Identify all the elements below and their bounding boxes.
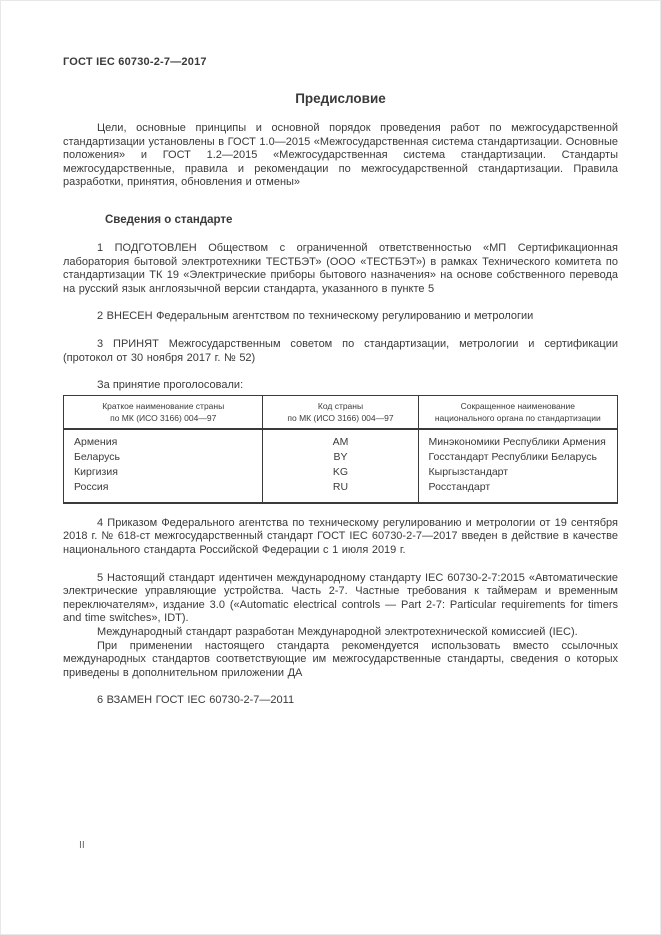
- intro-paragraph: Цели, основные принципы и основной поряд…: [63, 122, 618, 190]
- table-cell-code: BY: [263, 450, 418, 465]
- table-header-country: Краткое наименование страны по МК (ИСО 3…: [64, 396, 263, 429]
- table-cell-body: Госстандарт Республики Беларусь: [418, 450, 617, 465]
- header-line: по МК (ИСО 3166) 004—97: [70, 412, 256, 424]
- table-header-code: Код страны по МК (ИСО 3166) 004—97: [263, 396, 418, 429]
- header-line: Код страны: [269, 400, 411, 412]
- table-cell-country: Киргизия: [64, 465, 263, 480]
- page-number: II: [79, 839, 85, 851]
- item-2-submitted: 2 ВНЕСЕН Федеральным агентством по техни…: [63, 310, 618, 324]
- item-5-iec-note: Международный стандарт разработан Междун…: [63, 626, 618, 640]
- table-cell-country: Россия: [64, 480, 263, 503]
- table-header-body: Сокращенное наименование национального о…: [418, 396, 617, 429]
- table-row: Армения AM Минэкономики Республики Армен…: [64, 429, 618, 450]
- item-5-application-note: При применении настоящего стандарта реко…: [63, 640, 618, 681]
- doc-code: ГОСТ IEC 60730-2-7—2017: [63, 56, 618, 68]
- page-title: Предисловие: [63, 91, 618, 106]
- table-cell-body: Минэкономики Республики Армения: [418, 429, 617, 450]
- table-cell-body: Росстандарт: [418, 480, 617, 503]
- item-1-prepared: 1 ПОДГОТОВЛЕН Обществом с ограниченной о…: [63, 242, 618, 296]
- table-cell-code: KG: [263, 465, 418, 480]
- header-line: Краткое наименование страны: [70, 400, 256, 412]
- item-3-adopted: 3 ПРИНЯТ Межгосударственным советом по с…: [63, 338, 618, 365]
- document-page: ГОСТ IEC 60730-2-7—2017 Предисловие Цели…: [0, 0, 661, 935]
- page-content: ГОСТ IEC 60730-2-7—2017 Предисловие Цели…: [63, 56, 618, 722]
- table-cell-code: AM: [263, 429, 418, 450]
- section-heading: Сведения о стандарте: [63, 214, 618, 226]
- header-line: Сокращенное наименование: [425, 400, 611, 412]
- item-5-identical: 5 Настоящий стандарт идентичен междунаро…: [63, 572, 618, 626]
- item-4-order: 4 Приказом Федерального агентства по тех…: [63, 517, 618, 558]
- table-cell-country: Беларусь: [64, 450, 263, 465]
- item-6-replaces: 6 ВЗАМЕН ГОСТ IEC 60730-2-7—2011: [63, 694, 618, 708]
- table-row: Беларусь BY Госстандарт Республики Белар…: [64, 450, 618, 465]
- header-line: по МК (ИСО 3166) 004—97: [269, 412, 411, 424]
- table-cell-body: Кыргызстандарт: [418, 465, 617, 480]
- table-cell-country: Армения: [64, 429, 263, 450]
- table-row: Киргизия KG Кыргызстандарт: [64, 465, 618, 480]
- header-line: национального органа по стандартизации: [425, 412, 611, 424]
- table-row: Россия RU Росстандарт: [64, 480, 618, 503]
- vote-label: За принятие проголосовали:: [63, 379, 618, 391]
- table-header-row: Краткое наименование страны по МК (ИСО 3…: [64, 396, 618, 429]
- table-cell-code: RU: [263, 480, 418, 503]
- voting-table: Краткое наименование страны по МК (ИСО 3…: [63, 395, 618, 504]
